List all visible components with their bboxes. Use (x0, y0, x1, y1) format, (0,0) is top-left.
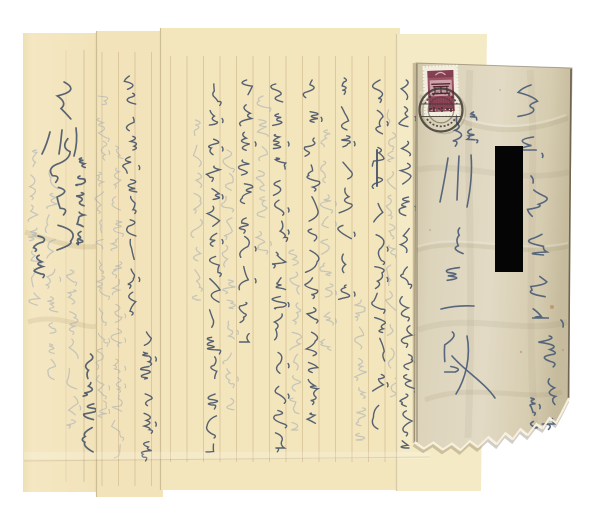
letter-sheet-middle (95, 31, 163, 497)
sheet-main-paper (160, 28, 400, 490)
sheet-back-paper (23, 33, 100, 492)
redaction-bar (495, 146, 523, 272)
envelope (414, 63, 573, 453)
letter-sheet-main (160, 28, 401, 490)
scanned-letter-photo: Scanned handwritten Japanese letter (thr… (0, 0, 600, 519)
scan-canvas (0, 0, 600, 519)
letter-sheet-back (23, 33, 100, 492)
stamp-top-band (427, 70, 453, 78)
sheet-middle-paper (96, 31, 163, 497)
